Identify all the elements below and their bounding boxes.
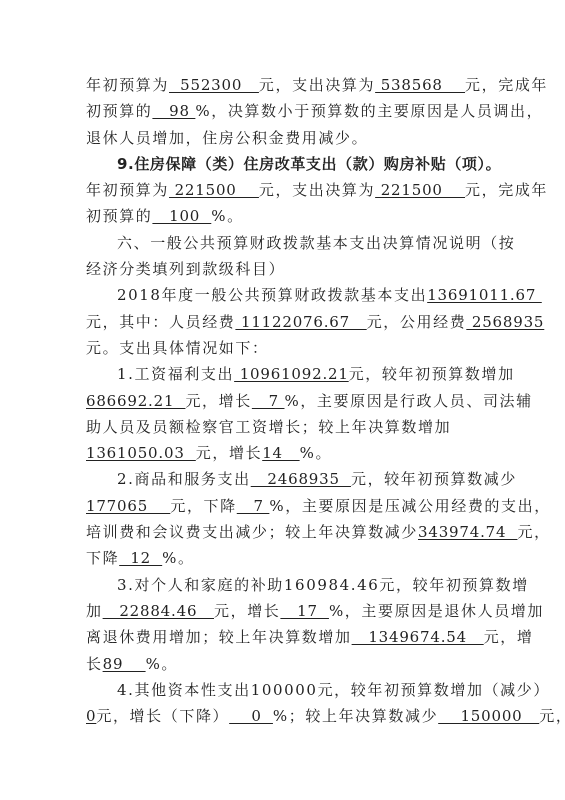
budget-value: 552300 (169, 76, 259, 94)
goods-services-expense: 2468935 (251, 470, 351, 488)
text: 元，支出决算为 (259, 76, 375, 94)
text-line: 退休人员增加，住房公积金费用减少。 (86, 125, 486, 151)
text: 下降 (86, 549, 119, 567)
text: %。 (146, 655, 178, 673)
text: 元，完成年 (465, 76, 548, 94)
salary-expense: 10961092.21 (234, 365, 349, 383)
text: 长 (86, 655, 103, 673)
text: %。 (162, 549, 194, 567)
text: 初预算的 (86, 102, 152, 120)
text: 2.商品和服务支出 (117, 470, 251, 488)
percent-value: 17 (280, 602, 329, 620)
percent-value: 7 (252, 392, 285, 410)
text-line: 1361050.03 元，增长14 %。 (86, 440, 486, 466)
text: 元，增长 (214, 602, 280, 620)
decrease-value: 177065 (86, 497, 170, 515)
text-line: 初预算的 100 %。 (86, 203, 486, 229)
decrease-value: 150000 (438, 707, 539, 725)
decrease-value: 343974.74 (418, 523, 517, 541)
text-line: 2018年度一般公共预算财政拨款基本支出13691011.67 (86, 282, 486, 308)
text-line: 长89 %。 (86, 651, 486, 677)
document-page: 年初预算为 552300 元，支出决算为 538568 元，完成年 初预算的 9… (86, 72, 486, 729)
text: 元，完成年 (465, 181, 548, 199)
text-line: 177065 元，下降 7 %，主要原因是压减公用经费的支出， (86, 493, 486, 519)
text-line: 0元，增长（下降） 0 %；较上年决算数减少 150000 元， (86, 703, 486, 729)
text: 退休人员增加，住房公积金费用减少。 (86, 129, 368, 147)
text: 年初预算为 (86, 181, 169, 199)
personnel-expense: 11122076.67 (235, 313, 366, 331)
text: 元，增 (484, 628, 534, 646)
text-line: 年初预算为 552300 元，支出决算为 538568 元，完成年 (86, 72, 486, 98)
text: 初预算的 (86, 207, 152, 225)
text: 培训费和会议费支出减少；较上年决算数减少 (86, 523, 418, 541)
actual-value: 538568 (375, 76, 465, 94)
text: 元，下降 (170, 497, 236, 515)
change-value: 0 (86, 707, 96, 725)
section-title-cont: 经济分类填列到款级科目） (86, 256, 486, 282)
text: 元， (539, 707, 565, 725)
text: %，主要原因是退休人员增加 (329, 602, 544, 620)
text: 加 (86, 602, 103, 620)
text: %，主要原因是压减公用经费的支出， (269, 497, 550, 515)
text-line: 2.商品和服务支出 2468935 元，较年初预算数减少 (86, 466, 486, 492)
increase-value: 686692.21 (86, 392, 185, 410)
text-line: 培训费和会议费支出减少；较上年决算数减少343974.74 元， (86, 519, 486, 545)
text-line: 下降 12 %。 (86, 545, 486, 571)
text-line: 1.工资福利支出 10961092.21元，较年初预算数增加 (86, 361, 486, 387)
percent-value: 98 (152, 102, 195, 120)
text-line: 加 22884.46 元，增长 17 %，主要原因是退休人员增加 (86, 598, 486, 624)
text: 1.工资福利支出 (117, 365, 234, 383)
text: 元，较年初预算数减少 (351, 470, 517, 488)
actual-value: 221500 (375, 181, 465, 199)
percent-value: 100 (152, 207, 211, 225)
percent-value: 89 (103, 655, 146, 673)
increase-value: 1361050.03 (86, 444, 196, 462)
text: %；较上年决算数减少 (273, 707, 438, 725)
percent-value: 14 (262, 444, 299, 462)
increase-value: 1349674.54 (352, 628, 484, 646)
text: 元，支出决算为 (259, 181, 375, 199)
text: 2018年度一般公共预算财政拨款基本支出 (117, 286, 427, 304)
section-title: 六、一般公共预算财政拨款基本支出决算情况说明（按 (86, 230, 486, 256)
text: 离退休费用增加；较上年决算数增加 (86, 628, 352, 646)
section-heading: 9.住房保障（类）住房改革支出（款）购房补贴（项）。 (86, 151, 486, 177)
text: 元，较年初预算数增加 (349, 365, 515, 383)
text: 元，公用经费 (367, 313, 467, 331)
public-expense: 2568935 (466, 313, 544, 331)
text: %。 (211, 207, 243, 225)
increase-value: 22884.46 (103, 602, 214, 620)
text: %，决算数小于预算数的主要原因是人员调出， (195, 102, 543, 120)
text: %。 (300, 444, 332, 462)
text-line: 686692.21 元，增长 7 %，主要原因是行政人员、司法辅 (86, 388, 486, 414)
percent-value: 12 (119, 549, 162, 567)
text-line: 助人员及员额检察官工资增长；较上年决算数增加 (86, 414, 486, 440)
total-basic-expense: 13691011.67 (427, 286, 542, 304)
text: %，主要原因是行政人员、司法辅 (284, 392, 532, 410)
text: 年初预算为 (86, 76, 169, 94)
text-line: 离退休费用增加；较上年决算数增加 1349674.54 元，增 (86, 624, 486, 650)
budget-value: 221500 (169, 181, 259, 199)
text-line: 元。支出具体情况如下： (86, 335, 486, 361)
percent-value: 0 (229, 707, 273, 725)
text: 元，其中：人员经费 (86, 313, 235, 331)
percent-value: 7 (237, 497, 270, 515)
text-line: 4.其他资本性支出100000元，较年初预算数增加（减少） (86, 677, 486, 703)
text-line: 初预算的 98 %，决算数小于预算数的主要原因是人员调出， (86, 98, 486, 124)
text-line: 3.对个人和家庭的补助160984.46元，较年初预算数增 (86, 572, 486, 598)
text-line: 元，其中：人员经费 11122076.67 元，公用经费 2568935 (86, 309, 486, 335)
text: 元，增长 (185, 392, 251, 410)
text: 元，增长 (196, 444, 262, 462)
text: 元， (517, 523, 550, 541)
text: 元，增长（下降） (96, 707, 229, 725)
text-line: 年初预算为 221500 元，支出决算为 221500 元，完成年 (86, 177, 486, 203)
